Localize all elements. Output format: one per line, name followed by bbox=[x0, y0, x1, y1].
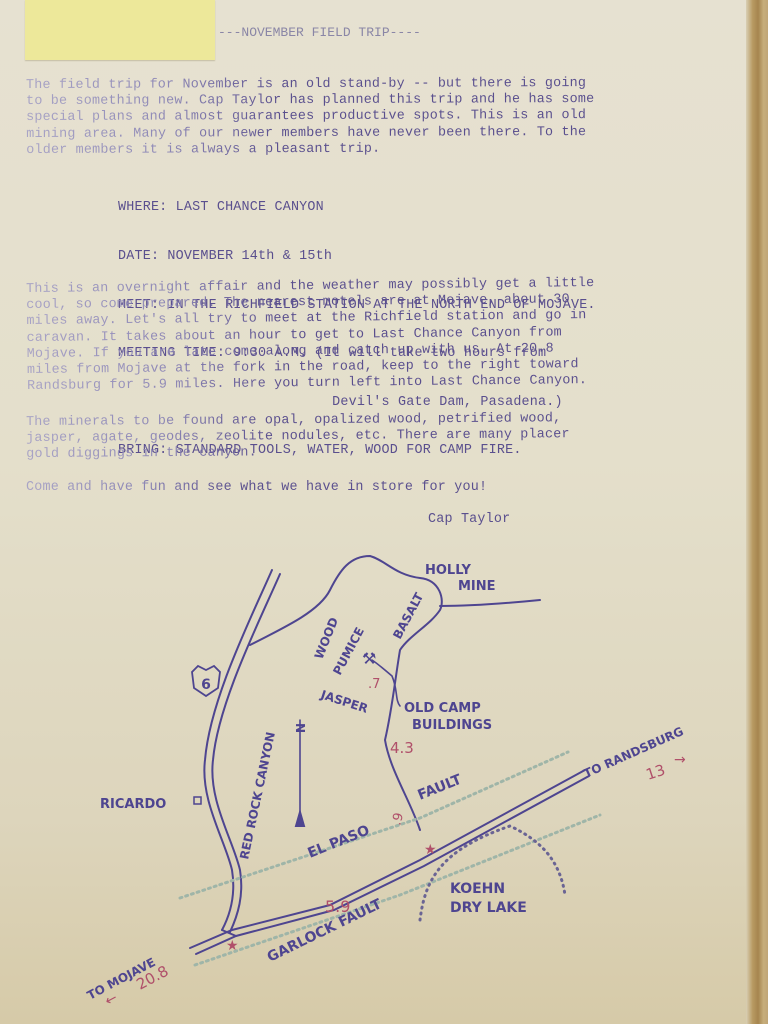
koehn-label: KOEHN bbox=[450, 881, 505, 897]
closing-line: Come and have fun and see what we have i… bbox=[26, 480, 487, 496]
fork-star-icon: ★ bbox=[424, 842, 437, 858]
signature: Cap Taylor bbox=[428, 512, 510, 528]
holly-mine-label-2: MINE bbox=[458, 579, 496, 594]
arrow-right-icon: → bbox=[674, 752, 686, 768]
page-title: ---NOVEMBER FIELD TRIP---- bbox=[218, 25, 421, 41]
mileage-to-randsburg: 13 bbox=[644, 761, 668, 784]
hand-drawn-map: 6 ★ ★ ⚒ HOLLY MINE BASALT WOOD PUMICE JA… bbox=[0, 540, 768, 1024]
wood-label: WOOD bbox=[312, 615, 341, 661]
detail-meeting-time-cont: Devil's Gate Dam, Pasadena.) bbox=[118, 395, 596, 411]
holly-mine-label: HOLLY bbox=[425, 563, 471, 578]
turnoff-star-icon: ★ bbox=[226, 938, 239, 954]
minerals-paragraph: The minerals to be found are opal, opali… bbox=[26, 411, 570, 463]
north-label: N bbox=[293, 723, 307, 733]
mileage-old-camp: 4.3 bbox=[390, 739, 414, 757]
el-paso-label: EL PASO bbox=[306, 822, 372, 861]
basalt-label: BASALT bbox=[390, 590, 426, 642]
document-page: ---NOVEMBER FIELD TRIP---- The field tri… bbox=[0, 0, 768, 1024]
old-camp-label: OLD CAMP bbox=[404, 701, 481, 716]
mileage-pumice: .7 bbox=[368, 677, 380, 692]
intro-paragraph: The field trip for November is an old st… bbox=[26, 76, 595, 159]
koehn-label-2: DRY LAKE bbox=[450, 900, 527, 916]
detail-date: DATE: NOVEMBER 14th & 15th bbox=[118, 249, 596, 265]
el-paso-fault-label: FAULT bbox=[416, 772, 465, 804]
holly-mine-road bbox=[440, 600, 540, 606]
mileage-main-road: 5.9 bbox=[325, 897, 350, 916]
old-camp-label-2: BUILDINGS bbox=[412, 718, 492, 733]
sticky-note bbox=[25, 0, 215, 60]
directions-paragraph: This is an overnight affair and the weat… bbox=[26, 276, 595, 395]
detail-where: WHERE: LAST CHANCE CANYON bbox=[118, 200, 596, 216]
ricardo-label: RICARDO bbox=[100, 797, 166, 812]
ricardo-marker bbox=[194, 797, 201, 804]
route-number: 6 bbox=[201, 677, 211, 693]
to-randsburg-label: TO RANDSBURG bbox=[582, 724, 686, 781]
red-rock-canyon-label: RED ROCK CANYON bbox=[237, 731, 278, 861]
jasper-label: JASPER bbox=[318, 687, 370, 716]
pick-icon: ⚒ bbox=[362, 649, 376, 668]
mileage-fork: .9 bbox=[389, 811, 407, 827]
